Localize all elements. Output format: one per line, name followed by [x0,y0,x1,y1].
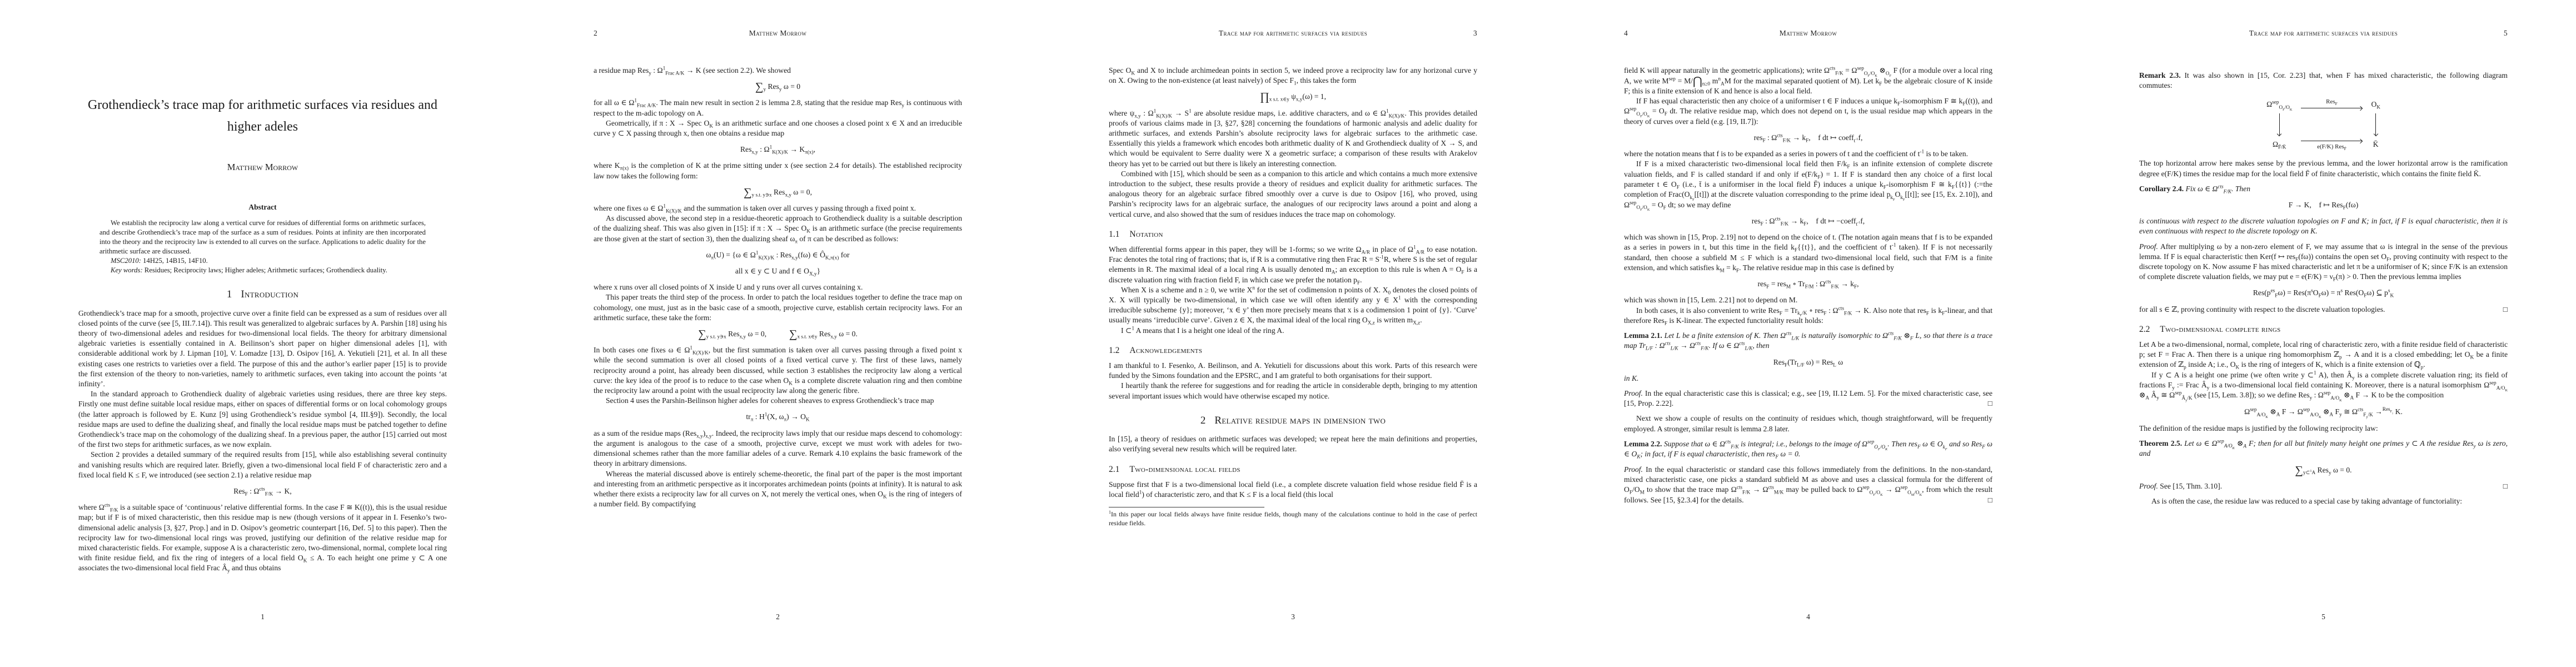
paragraph: where one fixes ω ∈ Ω1K(X)/K and the sum… [594,203,962,213]
text-span: F [1817,174,1820,180]
text-span: π [795,238,798,244]
text-span: y [227,568,230,574]
text-span: sep [1669,76,1676,81]
text-span: x,y [830,334,837,340]
text-span: 0 [1388,290,1391,296]
text-span: L/F [1646,346,1653,351]
text-span: F [1795,247,1797,253]
text-span: Frac A/K [637,103,656,108]
commutative-diagram: ΩsepOF/OKResFOKΩF̄/K̄e(F/K) ResF̄K̄ [2139,98,2508,151]
footnote: 1In this paper our local fields always h… [1109,507,1477,527]
page-4-content: field K will appear naturally in the geo… [1624,66,1992,510]
paragraph: Next we show a couple of results on the … [1624,414,1992,434]
text-span: sep [2272,99,2279,105]
text-span: y [2474,443,2476,449]
text-span: F/K [1731,444,1738,450]
theorem-block: Lemma 2.1. Let L be a finite extension o… [1624,331,1992,351]
proof-label: Proof. [2139,242,2158,251]
big-operator-glyph: ∑ [789,328,798,341]
text-span: M [1720,268,1725,273]
paragraph: When differential forms appear in this p… [1109,245,1477,285]
text-span: A [2350,395,2354,401]
text-span: F [1945,447,1947,451]
theorem-body: It was also shown in [15, Cor. 2.23] tha… [2139,71,2508,89]
text-span: -1 [1857,221,1860,225]
running-head: Trace map for arithmetic surfaces via re… [1109,29,1477,39]
text-span: K [2390,293,2394,298]
text-span: F [2275,293,2278,298]
text-span: F/K [1781,221,1788,227]
text-span: Ây/K [2182,395,2193,401]
paragraph: I am thankful to I. Fesenko, A. Beilinso… [1109,361,1477,381]
text-span: cts [1768,485,1774,490]
text-span: F [1803,221,1806,227]
text-span: K [806,417,810,422]
text-span: cts [1830,65,1835,71]
text-span: OF/OK [1874,444,1887,450]
text-span: F/K [110,507,118,513]
text-span: K [2236,365,2240,370]
text-span: cts [1725,439,1731,444]
text-span: 1 [1294,81,1297,86]
paragraph: where x runs over all closed points of X… [594,282,962,292]
text-span: F/K [1831,284,1838,290]
text-span: K [2470,355,2474,360]
text-span: cts [1777,132,1782,138]
text-span: kF/K [1797,310,1807,316]
text-span: K [2376,104,2380,110]
qed-symbol: □ [1988,399,1992,409]
subsection-title: Notation [1129,230,1163,239]
text-span: sep [2217,438,2224,444]
text-span: F̄ [2344,147,2346,152]
theorem-label: Corollary 2.4. [2139,185,2184,193]
display-equation: ∑y⊂1A Resy ω = 0. [2139,465,2508,475]
text-span: x,y [785,192,791,198]
text-span: K [1920,493,1922,497]
proof-body: After multiplying ω by a non-zero elemen… [2139,242,2508,281]
page-5: Trace map for arithmetic surfaces via re… [2061,0,2576,667]
text-span: x,y [791,255,798,261]
text-span: K [1637,454,1640,460]
text-span: A/OK [2257,412,2268,417]
text-span: y [2185,399,2187,402]
page-5-content: Remark 2.3. It was also shown in [15, Co… [2139,66,2508,506]
diagram-right-arrow [2371,113,2380,136]
paragraph: In [15], a theory of residues on arithme… [1109,434,1477,454]
paragraph: is continuous with respect to the discre… [2139,216,2508,236]
big-operator-glyph: ∑ [755,81,764,93]
text-span: cts [259,486,265,492]
running-head: 2 Matthew Morrow [594,29,962,39]
qed-symbol: □ [1988,495,1992,505]
text-span: A [1721,81,1725,86]
text-span: K [2505,388,2508,392]
text-span: cts [1775,216,1780,222]
diagram-bottom-arrow: e(F/K) ResF̄ [2301,138,2362,151]
big-operator-glyph: ∏ [1260,91,1269,103]
text-span: K [2233,446,2235,450]
theorem-label: Lemma 2.2. [1624,440,1662,448]
text-span: x s.t. x∈y [797,334,817,340]
subsection-heading: 1.2Acknowledgements [1109,346,1477,356]
text-span: kF [1900,195,1905,200]
big-operator-glyph: ∑ [744,186,752,198]
paragraph: This paper treats the third step of the … [594,292,962,323]
text-span: y [763,87,766,92]
display-equation: ∑y s.t. y∋x Resx,y ω = 0, ∑x s.t. x∈y Re… [594,329,962,339]
text-span: cts [1665,341,1670,346]
text-span: π [751,417,754,422]
text-span: A/R [1362,250,1370,255]
text-span: p [2421,365,2424,370]
text-span: A/OK [2224,443,2235,449]
theorem-body: Let ω ∈ ΩsepA/OK ⊗A F; then for all but … [2139,439,2508,458]
text-span: y [2339,412,2342,417]
text-span: F [1630,490,1632,495]
header-page-number: 3 [1473,29,1477,38]
text-span: M [1786,284,1791,290]
text-span: y [901,103,904,108]
display-equation: Resx,y : Ω1K(X)/K → Kπ(x), [594,145,962,155]
proof-body: In the equal characteristic case this is… [1624,389,1992,407]
text-span: sep [1867,439,1874,444]
display-equation: resF = resM ∘ TrF/M : ΩctsF/K → kF, [1624,279,1992,289]
text-span: x,y [1296,97,1303,102]
section-heading: 1Introduction [78,290,447,300]
text-span: sep [2175,390,2181,396]
paragraph: The definition of the residue maps is ju… [2139,424,2508,434]
text-span: y [2366,415,2368,419]
text-span: -1 [1379,255,1384,260]
paragraph: for all s ∈ ℤ, proving continuity with r… [2139,305,2508,315]
text-span: y [2156,395,2159,401]
text-span: sep [2324,390,2330,396]
abstract-meta: Key words: Residues; Reciprocity laws; H… [99,266,426,275]
paragraph: Let A be a two-dimensional, normal, comp… [2139,340,2508,370]
section-title: Relative residue maps in dimension two [1214,415,1386,426]
page-1-content: Grothendieck’s trace map for arithmetic … [78,66,447,574]
theorem-label: Remark 2.3. [2139,71,2181,79]
page-3-content: Spec OK and X to include archimedean poi… [1109,66,1477,527]
text-span: A/OK [2497,385,2508,391]
text-span: K [2290,108,2293,112]
meta-label: Key words: [111,266,143,274]
paragraph: which was shown in [15, Lem. 2.21] not t… [1624,295,1992,305]
qed-symbol: □ [2503,305,2508,315]
display-equation: ∏x s.t. x∈y ψx,y(ω) = 1, [1109,92,1477,102]
text-span: F [1775,454,1778,460]
text-span: 1 [765,412,768,417]
text-span: X,z [1368,320,1375,326]
text-span: F/K [1701,346,1708,351]
meta-value: Residues; Reciprocity laws; Higher adele… [145,266,387,274]
text-span: F̄/K̄ [2278,145,2286,150]
text-span: F [1640,115,1642,118]
subsection-heading: 2.1Two-dimensional local fields [1109,465,1477,475]
paragraph: As is often the case, the residue law wa… [2139,496,2508,506]
theorem-block: Lemma 2.2. Suppose that ω ∈ ΩctsF/K is i… [1624,439,1992,460]
text-span: F [2333,277,2336,282]
text-span: Frac A/K [665,71,684,76]
text-span: 1 [1189,108,1192,113]
section-title: Introduction [241,288,298,300]
text-span: x,y [751,150,758,155]
running-title: Trace map for arithmetic surfaces via re… [2139,29,2508,38]
diagram-node-bottom-right: K̄ [2371,140,2380,150]
paragraph: Section 4 uses the Parshin-Beilinson hig… [594,396,962,406]
display-equation: ∑y Resy ω = 0 [594,82,962,92]
text-span: cts [1825,279,1831,285]
text-span: K,π(x) [825,255,839,261]
text-span: A/OK [2310,412,2321,417]
theorem-label: Lemma 2.1. [1624,331,1662,340]
text-span: kF [1690,195,1694,200]
text-span: OF/OK [2279,104,2292,110]
text-span: p [2339,355,2342,360]
text-span: A/OK [2330,395,2341,401]
diagram-top-arrow: ResF [2301,98,2362,111]
paragraph: Combined with [15], which should be seen… [1109,169,1477,220]
subsection-number: 1.2 [1109,346,1119,355]
text-span: F [2386,257,2389,262]
text-span: 1 [1132,325,1134,331]
paragraph: where ψx,y : Ω1K(X)/K → S1 are absolute … [1109,108,1477,169]
text-span: F [1952,184,1955,190]
text-span: F [1962,101,1965,107]
display-equation: Res(pesFω) = Res(πsOFω) = πs Res(OFω) ⊆ … [2139,288,2508,298]
text-span: F [2343,205,2346,211]
paragraph: a residue map Resy : Ω1Frac A/K → K (see… [594,66,962,76]
text-span: F [1910,336,1914,341]
text-span: y⊂1A [2303,470,2315,475]
proof-label: Proof. [2139,482,2158,490]
paragraph: as a sum of the residue maps (Resx,y)x,y… [594,429,962,469]
text-span: ResFy [2383,406,2394,412]
text-span: F [1873,493,1875,497]
down-arrow-icon [2375,113,2376,136]
text-span: n [1252,285,1255,290]
text-span: K [2265,415,2268,419]
text-span: x,y [705,433,712,439]
text-span: F/K [265,491,273,497]
text-span: F [1357,280,1360,285]
header-page-number: 2 [594,29,597,38]
subsection-number: 1.1 [1109,230,1119,239]
text-span: A [2243,443,2246,449]
text-span: A [2276,412,2280,417]
section-number: 2 [1200,415,1206,426]
subsection-number: 2.2 [2139,325,2150,334]
proof-block: Proof. In the equal characteristic or st… [1624,465,1992,505]
text-span: OF/OK [1870,490,1883,495]
abstract-text: We establish the reciprocity law along a… [99,218,426,256]
abstract-heading: Abstract [78,202,447,212]
text-span: sep [2489,380,2496,385]
proof-body: See [15, Thm. 3.10]. [2160,482,2222,490]
proof-block: Proof. See [15, Thm. 3.10].□ [2139,481,2508,491]
text-span: F/K [1783,138,1791,143]
theorem-body: Fix ω ∈ ΩctsF/K. Then [2186,185,2250,193]
text-span: cts [2218,183,2223,189]
proof-block: Proof. After multiplying ω by a non-zero… [2139,242,2508,282]
paragraph: Suppose first that F is a two-dimensiona… [1109,480,1477,500]
page-1: Grothendieck’s trace map for arithmetic … [0,0,515,667]
text-span: F [1780,310,1782,316]
text-span: F [1665,321,1667,326]
paragraph: where ΩctsF/K is a suitable space of ‘co… [78,502,447,573]
theorem-body: Suppose that ω ∈ ΩctsF/K is integral; i.… [1624,440,1992,459]
text-span: K [709,123,713,129]
proof-label: Proof. [1624,389,1643,397]
diagram-bottom-arrow-label: e(F/K) ResF̄ [2317,143,2346,151]
paragraph: for all ω ∈ Ω1Frac A/K. The main new res… [594,98,962,118]
text-span: y s.t. y∋x [706,334,726,340]
subsection-title: Two-dimensional complete rings [2160,325,2280,334]
text-span: π(x) [620,166,629,171]
text-span: F/M [1805,284,1814,290]
text-span: F [1903,198,1905,202]
text-span: F [1640,208,1642,212]
running-title: Matthew Morrow [1624,29,1992,38]
subsection-heading: 1.1Notation [1109,230,1477,240]
text-span: F [1854,284,1857,290]
text-span: F [1897,101,1900,107]
display-equation: resF : ΩctsF/K → kF, f dt ↦ coefft-1f, [1624,133,1992,143]
text-span: F [1847,164,1850,170]
text-span: OF/OK [1636,111,1650,117]
text-span: sep [2250,406,2256,412]
text-span: π [784,417,787,422]
footnote-rule [1109,507,1264,507]
paragraph: I heartily thank the referee for suggest… [1109,381,1477,401]
text-span: F/K [1894,336,1901,341]
page-number: 1 [78,613,447,621]
text-span: y [2329,470,2331,475]
proof-body: In the equal characteristic or standard … [1624,465,1992,504]
text-span: OF [1886,71,1891,76]
text-span: -1 [1892,242,1896,248]
text-span: Fy/K [2363,412,2373,417]
display-equation: F → K, f ↦ ResF(fω) [2139,200,2508,210]
paragraph: Section 2 provides a detailed summary of… [78,450,447,480]
diagram-node-bottom-left: ΩF̄/K̄ [2266,140,2292,150]
text-span: K [2319,415,2321,419]
text-span: F [1823,310,1826,316]
paragraph: field K will appear naturally in the geo… [1624,66,1992,96]
page-number: 4 [1624,613,1992,621]
footnote-text: 1In this paper our local fields always h… [1109,510,1477,527]
text-span: F [1982,444,1985,450]
text-span: s [2341,288,2343,293]
paragraph: In both cases, it is also convenient to … [1624,306,1992,326]
running-title: Matthew Morrow [594,29,962,38]
paragraph: In the standard approach to Grothendieck… [78,389,447,450]
text-span: F/K [1742,490,1750,495]
display-equation: all x ∈ y ⊂ U and f ∈ OX,y} [594,266,962,276]
text-span: sep [1630,106,1636,112]
subsection-heading: 2.2Two-dimensional complete rings [2139,325,2508,335]
diagram-node-top-right: OK [2371,99,2380,109]
text-span: x,y [696,433,703,439]
display-equation: trπ : H1(X, ωπ) → OK [594,412,962,422]
diagram-node-top-left: ΩsepOF/OK [2266,99,2292,110]
text-span: p [2184,365,2186,370]
text-span: 1 [2310,469,2311,473]
text-span: t-1 [1854,138,1858,143]
theorem-label: Theorem 2.5. [2139,439,2182,447]
page-number: 5 [2139,613,2508,621]
pdf-document: arXiv:1101.1883v2 [math.AG] 7 Nov 2011 G… [0,0,2576,667]
running-head: Trace map for arithmetic surfaces via re… [2139,29,2508,39]
text-span: Fy [2390,410,2394,414]
text-span: OF/OK [1636,205,1650,210]
qed-symbol: □ [2503,481,2508,491]
text-span: t-1 [1856,221,1860,227]
text-span: cts [1739,341,1745,346]
text-span: F [1461,270,1464,275]
theorem-block: Corollary 2.4. Fix ω ∈ ΩctsF/K. Then [2139,184,2508,194]
proof-block: Proof. In the equal characteristic case … [1624,389,1992,409]
text-span: -1 [1920,149,1924,155]
paragraph: Spec OK and X to include archimedean poi… [1109,66,1477,86]
text-span: OM/OK [1907,490,1922,495]
text-span: F/K [2224,189,2231,195]
text-span: cts [1695,341,1701,346]
text-span: F [2295,257,2298,262]
paragraph: in K. [1624,374,1992,384]
text-span: F [1893,198,1895,202]
display-equation: ResF : ΩctsF/K → K, [78,486,447,496]
text-span: cts [104,502,110,508]
text-span: F [1868,74,1870,78]
text-span: F [1785,362,1787,367]
text-span: F [1884,184,1886,190]
text-span: x,y [1134,113,1141,118]
text-span: A [2145,395,2149,401]
text-span: y s.t. y∋x [752,192,772,198]
paragraph: The top horizontal arrow here makes sens… [2139,158,2508,178]
text-span: K [303,558,307,564]
paragraph: If F has equal characteristic then any c… [1624,96,1992,127]
text-span: K [1131,71,1135,76]
text-span: F/K [1835,71,1843,76]
text-span: F [1663,205,1666,210]
page-3: Trace map for arithmetic surfaces via re… [1030,0,1546,667]
text-span: OF/OK [1864,71,1877,76]
text-span: F [1761,221,1763,227]
text-span: K(X)/K [1156,113,1172,118]
text-span: L/K [1671,346,1678,351]
text-span: K [1875,74,1877,78]
running-title: Trace map for arithmetic surfaces via re… [1109,29,1477,38]
text-span: sep [1901,485,1907,490]
diagram-top-arrow-label: ResF [2326,98,2338,106]
text-span: A [2329,412,2333,417]
page-2-content: a residue map Resy : Ω1Frac A/K → K (see… [594,66,962,509]
running-head: 4 Matthew Morrow [1624,29,1992,39]
display-equation: resF : ΩctsF/K → kF, f dt ↦ −coefft-1f, [1624,216,1992,226]
text-span: sep [2303,406,2310,412]
text-span: F [1806,138,1808,143]
text-span: x,y [740,334,746,340]
text-span: F [1800,313,1802,317]
text-span: cts [1838,305,1844,311]
text-span: y [2352,375,2355,380]
subsection-title: Acknowledgements [1129,346,1202,355]
theorem-body: Let L be a finite extension of K. Then Ω… [1624,331,1992,350]
paragraph: where Kπ(x) is the completion of K at th… [594,161,962,181]
